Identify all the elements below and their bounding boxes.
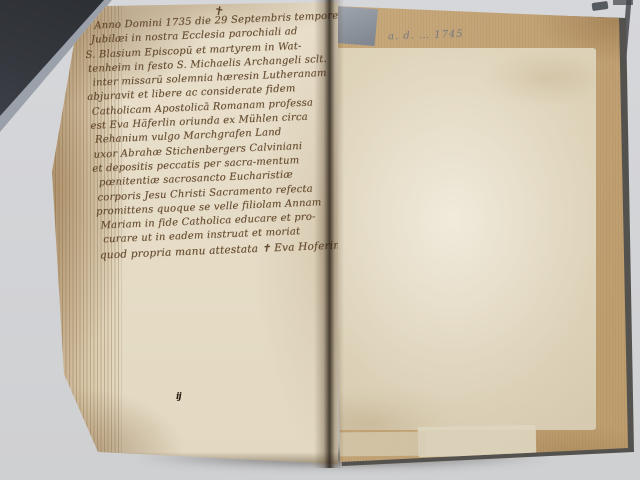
stray-ink-mark: ij bbox=[176, 392, 181, 402]
archival-inscription: a. d. … 1745 bbox=[388, 29, 464, 43]
tape-remnant bbox=[592, 1, 609, 11]
paper-repair-patch bbox=[418, 425, 537, 457]
paper-repair-patch bbox=[336, 432, 426, 457]
tape-remnant bbox=[613, 0, 633, 5]
pastedown-inner-paper bbox=[334, 48, 596, 430]
manuscript-text-block: Anno Domini 1735 die 29 Septembris tempo… bbox=[84, 9, 350, 263]
book-gutter-shadow bbox=[314, 0, 344, 468]
photograph-of-open-manuscript: a. d. … 1745 ✝ Anno Domini 1735 die 29 S… bbox=[0, 0, 640, 480]
right-page-pastedown: a. d. … 1745 bbox=[330, 2, 630, 466]
left-page-manuscript: ✝ Anno Domini 1735 die 29 Septembris tem… bbox=[48, 0, 338, 468]
